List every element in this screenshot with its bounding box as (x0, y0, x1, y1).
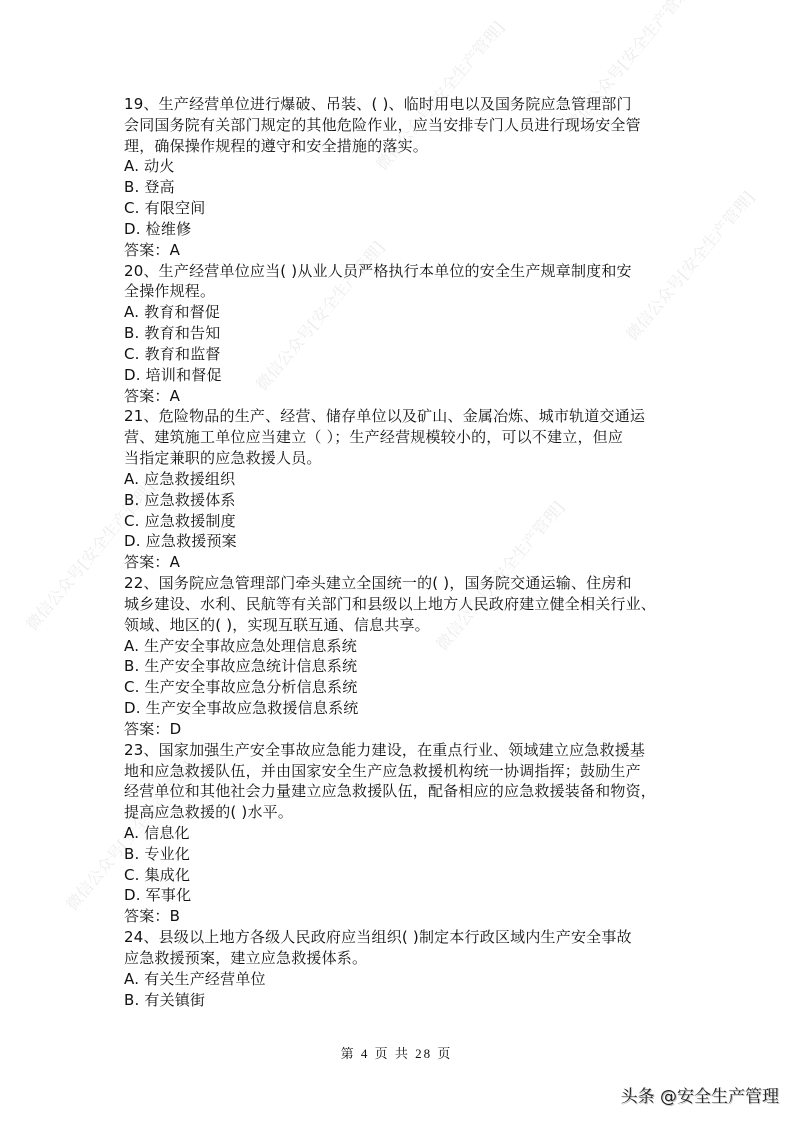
question-text-line: 23、国家加强生产安全事故应急能力建设，在重点行业、领域建立应急救援基 (124, 740, 676, 761)
question-20: 20、生产经营单位应当( )从业人员严格执行本单位的安全生产规章制度和安 全操作… (124, 261, 676, 407)
option-b: B. 应急救援体系 (124, 490, 676, 511)
answer: 答案：A (124, 386, 676, 407)
question-text-line: 城乡建设、水利、民航等有关部门和县级以上地方人民政府建立健全相关行业、 (124, 594, 676, 615)
question-22: 22、国务院应急管理部门牵头建立全国统一的( )，国务院交通运输、住房和 城乡建… (124, 573, 676, 740)
question-text-line: 领域、地区的( )，实现互联互通、信息共享。 (124, 615, 676, 636)
option-c: C. 集成化 (124, 865, 676, 886)
option-d: D. 应急救援预案 (124, 531, 676, 552)
question-text-line: 理，确保操作规程的遵守和安全措施的落实。 (124, 136, 676, 157)
option-c: C. 有限空间 (124, 198, 676, 219)
question-19: 19、生产经营单位进行爆破、吊装、( )、临时用电以及国务院应急管理部门 会同国… (124, 94, 676, 261)
option-a: A. 动火 (124, 156, 676, 177)
question-text-line: 24、县级以上地方各级人民政府应当组织( )制定本行政区域内生产安全事故 (124, 927, 676, 948)
option-b: B. 教育和告知 (124, 323, 676, 344)
option-b: B. 登高 (124, 177, 676, 198)
option-b: B. 专业化 (124, 844, 676, 865)
option-a: A. 应急救援组织 (124, 469, 676, 490)
question-list: 19、生产经营单位进行爆破、吊装、( )、临时用电以及国务院应急管理部门 会同国… (124, 94, 676, 1010)
question-text-line: 地和应急救援队伍，并由国家安全生产应急救援机构统一协调指挥；鼓励生产 (124, 761, 676, 782)
question-text-line: 应急救援预案，建立应急救援体系。 (124, 948, 676, 969)
question-text-line: 会同国务院有关部门规定的其他危险作业，应当安排专门人员进行现场安全管 (124, 115, 676, 136)
question-24: 24、县级以上地方各级人民政府应当组织( )制定本行政区域内生产安全事故 应急救… (124, 927, 676, 1010)
option-d: D. 检维修 (124, 219, 676, 240)
question-text-line: 经营单位和其他社会力量建立应急救援队伍，配备相应的应急救援装备和物资， (124, 781, 676, 802)
option-d: D. 军事化 (124, 885, 676, 906)
question-text-line: 提高应急救援的( )水平。 (124, 802, 676, 823)
option-a: A. 教育和督促 (124, 302, 676, 323)
answer: 答案：A (124, 240, 676, 261)
option-a: A. 有关生产经营单位 (124, 969, 676, 990)
option-c: C. 生产安全事故应急分析信息系统 (124, 677, 676, 698)
question-text-line: 营、建筑施工单位应当建立（ ）；生产经营规模较小的，可以不建立，但应 (124, 427, 676, 448)
page-number-footer: 第 4 页 共 28 页 (0, 1043, 793, 1062)
document-page: 微信公众号[安全生产管理] 微信公众号[安全生产管理] 微信公众号[安全生产管理… (0, 0, 793, 1122)
answer: 答案：D (124, 719, 676, 740)
option-a: A. 信息化 (124, 823, 676, 844)
option-d: D. 生产安全事故应急救援信息系统 (124, 698, 676, 719)
question-23: 23、国家加强生产安全事故应急能力建设，在重点行业、领域建立应急救援基 地和应急… (124, 740, 676, 927)
option-a: A. 生产安全事故应急处理信息系统 (124, 636, 676, 657)
answer: 答案：B (124, 906, 676, 927)
option-b: B. 有关镇街 (124, 990, 676, 1011)
option-c: C. 应急救援制度 (124, 511, 676, 532)
answer: 答案：A (124, 552, 676, 573)
question-text-line: 当指定兼职的应急救援人员。 (124, 448, 676, 469)
question-21: 21、危险物品的生产、经营、储存单位以及矿山、金属冶炼、城市轨道交通运 营、建筑… (124, 406, 676, 573)
option-c: C. 教育和监督 (124, 344, 676, 365)
option-b: B. 生产安全事故应急统计信息系统 (124, 656, 676, 677)
question-text-line: 22、国务院应急管理部门牵头建立全国统一的( )，国务院交通运输、住房和 (124, 573, 676, 594)
question-text-line: 全操作规程。 (124, 281, 676, 302)
question-text-line: 20、生产经营单位应当( )从业人员严格执行本单位的安全生产规章制度和安 (124, 261, 676, 282)
option-d: D. 培训和督促 (124, 365, 676, 386)
question-text-line: 21、危险物品的生产、经营、储存单位以及矿山、金属冶炼、城市轨道交通运 (124, 406, 676, 427)
source-attribution: 头条 @安全生产管理 (621, 1082, 779, 1107)
question-text-line: 19、生产经营单位进行爆破、吊装、( )、临时用电以及国务院应急管理部门 (124, 94, 676, 115)
